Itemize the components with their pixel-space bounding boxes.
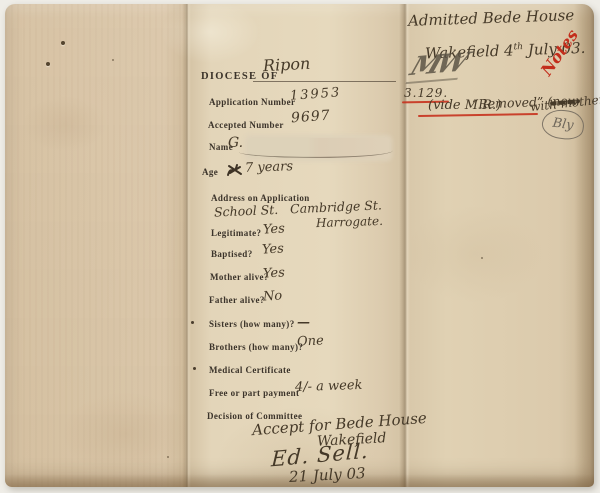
field-value-age: 7 years xyxy=(245,160,294,175)
field-label-medical-certificate: Medical Certificate xyxy=(209,365,291,375)
margin-dot xyxy=(191,321,194,324)
margin-dot xyxy=(193,367,196,370)
field-value-address-line2: Harrogate. xyxy=(316,215,383,229)
committee-date: 21 July 03 xyxy=(289,466,366,485)
field-label-legitimate: Legitimate? xyxy=(211,228,261,238)
left-fold-panel xyxy=(5,4,185,487)
scan-background: { "form": { "diocese": { "label": "DIOCE… xyxy=(0,0,600,493)
field-label-brothers: Brothers (how many)? xyxy=(209,342,303,352)
admitted-ordinal-suffix: th xyxy=(513,42,523,52)
field-value-diocese: Ripon xyxy=(263,56,311,74)
field-label-age: Age xyxy=(202,167,218,177)
field-label-baptised: Baptised? xyxy=(211,249,253,259)
annotation-admitted-line1: Admitted Bede House xyxy=(408,8,575,29)
field-label-father-alive: Father alive? xyxy=(209,295,265,305)
field-value-payment: 4/- a week xyxy=(295,379,363,394)
field-value-accepted-number: 9697 xyxy=(291,109,332,126)
field-value-baptised: Yes xyxy=(262,242,284,256)
fold-crease-left xyxy=(182,4,191,487)
field-value-father-alive: No xyxy=(263,290,283,304)
pinhole xyxy=(46,62,50,66)
field-label-sisters: Sisters (how many)? xyxy=(209,319,295,329)
annotation-vide-mr: (vide M.R.) xyxy=(428,99,501,112)
field-label-mother-alive: Mother alive? xyxy=(210,272,269,282)
paper-right-edge xyxy=(574,4,594,487)
field-label-payment: Free or part payment xyxy=(209,388,299,398)
field-value-mother-alive: Yes xyxy=(263,266,285,280)
circled-initials-text: Bly xyxy=(552,117,575,133)
paper-speck xyxy=(481,257,483,259)
paper-speck xyxy=(167,456,169,458)
field-label-accepted-number: Accepted Number xyxy=(208,120,284,130)
paper-speck xyxy=(112,59,114,61)
pinhole xyxy=(61,41,65,45)
field-value-application-number: 13953 xyxy=(290,86,342,103)
age-correction-scribble xyxy=(226,162,244,179)
field-value-legitimate: Yes xyxy=(263,222,285,236)
field-label-application-number: Application Number xyxy=(209,97,295,107)
diocese-underline xyxy=(253,81,396,82)
field-value-sisters: — xyxy=(297,316,310,329)
field-value-brothers: One xyxy=(297,334,324,348)
scanned-document: DIOCESE OF Ripon Application Number 1395… xyxy=(5,4,594,487)
